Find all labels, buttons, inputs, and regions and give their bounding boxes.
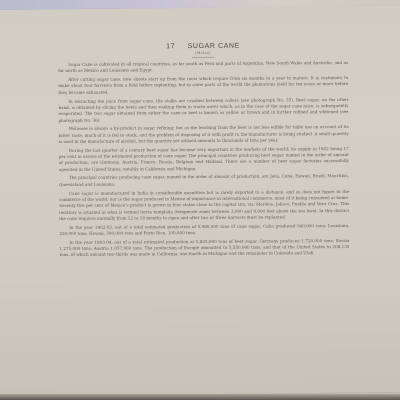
page-subtitle: (Melon) [58,50,348,57]
paragraph: In extracting the juice from sugar cane,… [58,96,348,123]
paragraph: During the last quarter of a century bee… [59,146,349,173]
document-page: 17 SUGAR CANE (Melon) Sugar Cane is cult… [58,42,350,261]
paragraph: The principal countries producing cane s… [59,173,349,188]
paragraph: Sugar Cane is cultivated in all tropical… [58,60,348,75]
table-edge [0,394,400,400]
section-number: 17 [166,43,175,50]
paragraph: In the year 1902-03, out of a total esti… [59,223,349,238]
paragraph: Cane sugar is manufactured in India in c… [59,189,349,223]
paragraph: In the year 1903-04, out of a total esti… [59,238,349,259]
paragraph: After cutting sugar cane, new shoots sta… [58,75,348,96]
title-divider [192,57,214,58]
paragraph: Molasses is always a by-product in sugar… [59,124,349,145]
page-title: SUGAR CANE [188,43,240,50]
